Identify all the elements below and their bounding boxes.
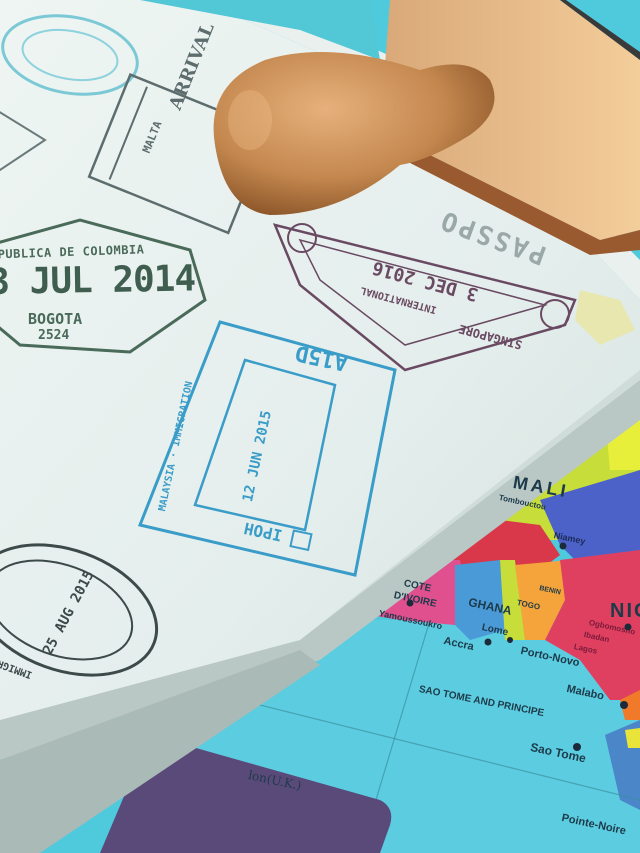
map-label-niger: NIG [610, 600, 640, 623]
colombia-stamp-date: 3 JUL 2014 [0, 258, 195, 303]
colombia-stamp-city: BOGOTA [28, 310, 82, 328]
map-background [0, 0, 640, 853]
colombia-stamp-code: 2524 [38, 328, 69, 343]
photo-scene: REPUBLICA DE COLOMBIA 3 JUL 2014 BOGOTA … [0, 0, 640, 853]
